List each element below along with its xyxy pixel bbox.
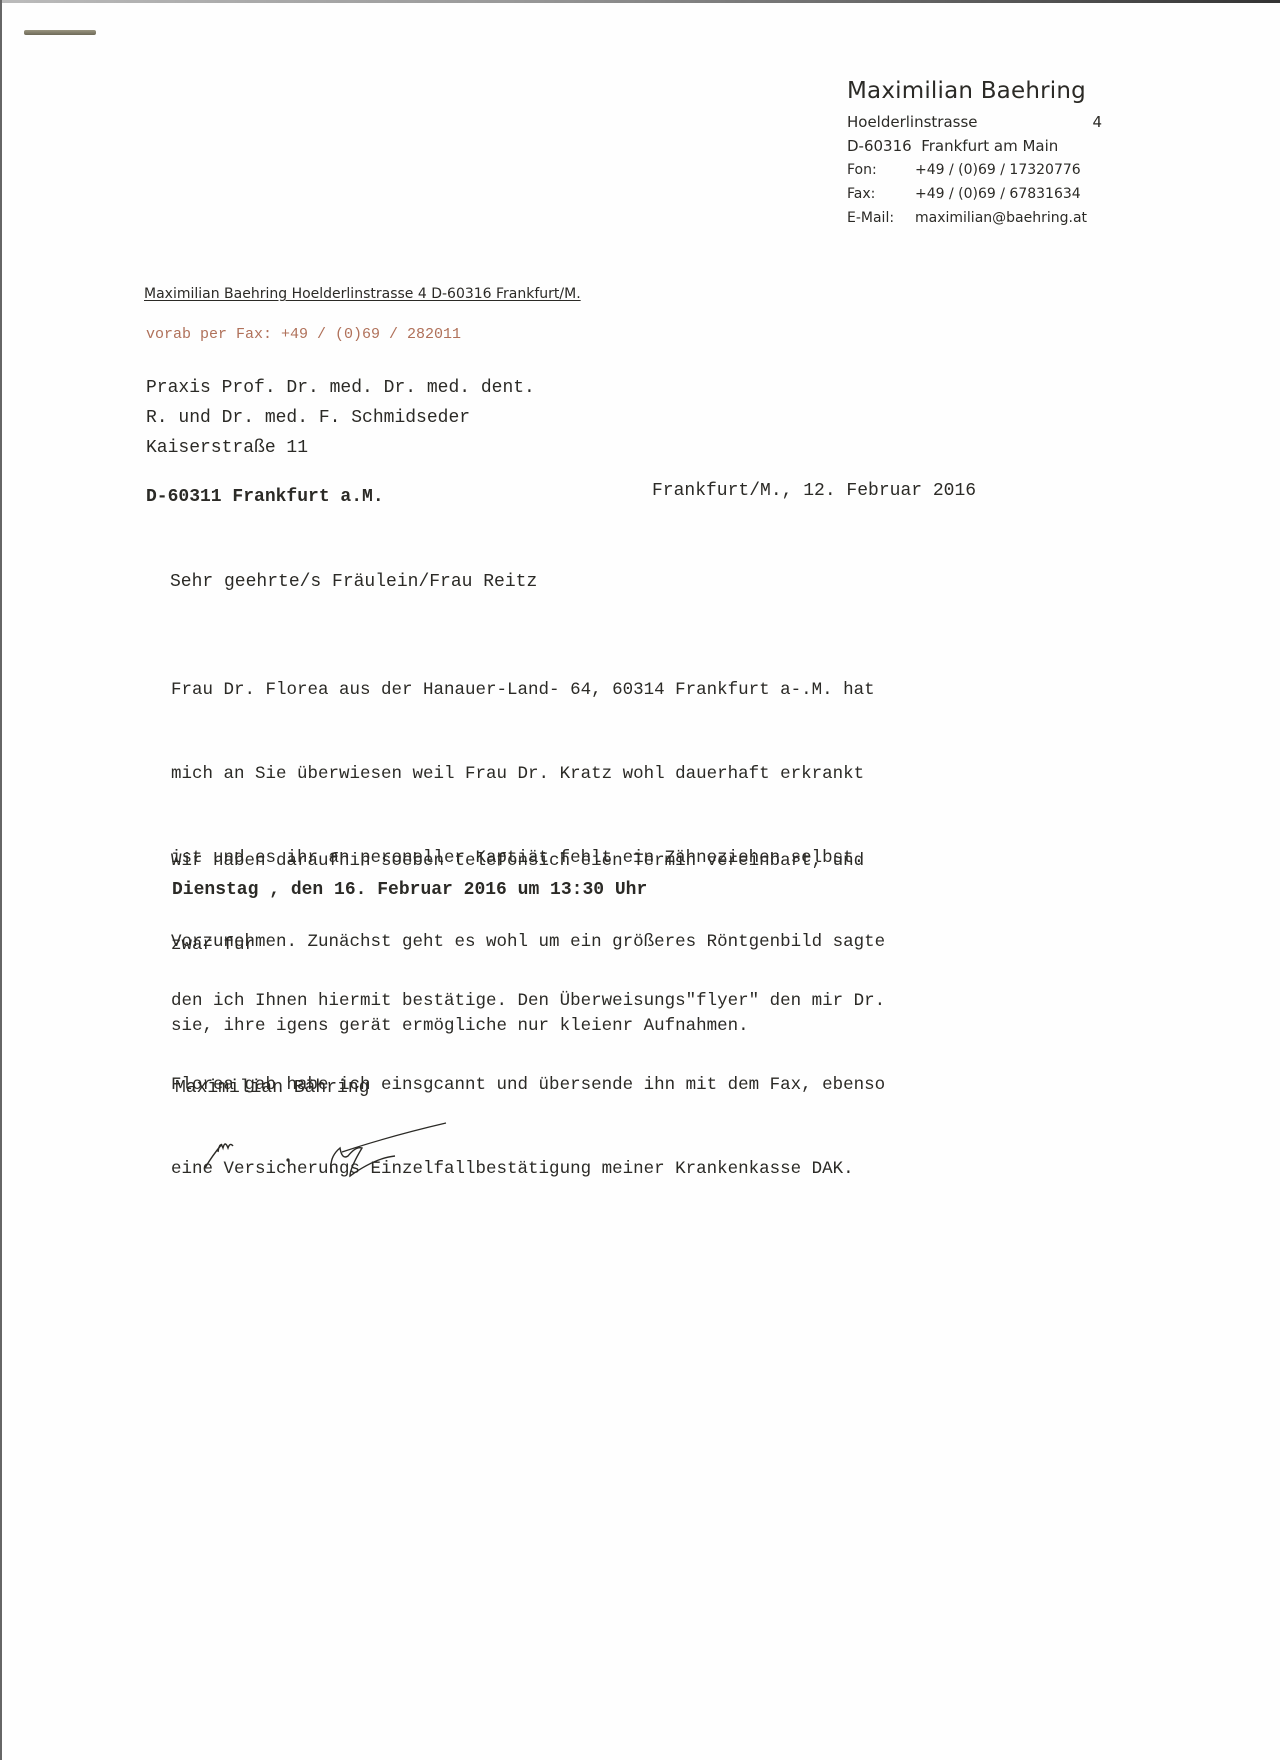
letterhead-name: Maximilian Baehring: [847, 78, 1102, 104]
appointment-date: Dienstag , den 16. Februar 2016 um 13:30…: [172, 880, 647, 900]
phone-number: +49 / (0)69 / 17320776: [915, 162, 1081, 178]
letterhead-fax-row: Fax:+49 / (0)69 / 67831634: [847, 182, 1102, 206]
body-line: den ich Ihnen hiermit bestätige. Den Übe…: [171, 987, 885, 1015]
recipient-line: Praxis Prof. Dr. med. Dr. med. dent.: [146, 373, 535, 403]
phone-label: Fon:: [847, 158, 915, 182]
recipient-address: Praxis Prof. Dr. med. Dr. med. dent. R. …: [146, 373, 535, 463]
staple-mark: [24, 30, 96, 35]
body-line: Frau Dr. Florea aus der Hanauer-Land- 64…: [171, 676, 885, 704]
letterhead-street: Hoelderlinstrasse: [847, 110, 978, 134]
fax-label: Fax:: [847, 182, 915, 206]
scan-left-edge: [0, 0, 2, 1760]
recipient-line: R. und Dr. med. F. Schmidseder: [146, 403, 535, 433]
email-address: maximilian@baehring.at: [915, 210, 1087, 226]
letter-date: Frankfurt/M., 12. Februar 2016: [652, 481, 976, 501]
letterhead-street-row: Hoelderlinstrasse 4: [847, 110, 1102, 134]
body-line: mich an Sie überwiesen weil Frau Dr. Kra…: [171, 760, 885, 788]
letter-page: Maximilian Baehring Hoelderlinstrasse 4 …: [0, 0, 1280, 1760]
fax-number: +49 / (0)69 / 67831634: [915, 186, 1081, 202]
letterhead: Maximilian Baehring Hoelderlinstrasse 4 …: [847, 78, 1102, 230]
closing-name: Maximilian Bähring: [175, 1078, 369, 1098]
salutation: Sehr geehrte/s Fräulein/Frau Reitz: [170, 572, 537, 592]
handwritten-signature: [190, 1118, 460, 1188]
letterhead-city-row: D-60316 Frankfurt am Main: [847, 134, 1102, 158]
recipient-line: Kaiserstraße 11: [146, 433, 535, 463]
body-line: Wir haben daraufhin soeben telefonsich e…: [171, 847, 864, 875]
sender-return-address: Maximilian Baehring Hoelderlinstrasse 4 …: [144, 286, 581, 302]
letterhead-house-number: 4: [1092, 110, 1102, 134]
recipient-city: D-60311 Frankfurt a.M.: [146, 487, 384, 507]
letterhead-phone-row: Fon:+49 / (0)69 / 17320776: [847, 158, 1102, 182]
fax-notice: vorab per Fax: +49 / (0)69 / 282011: [146, 326, 461, 343]
letterhead-city: D-60316 Frankfurt am Main: [847, 134, 1058, 158]
scan-top-edge: [0, 0, 1280, 3]
letterhead-email-row: E-Mail:maximilian@baehring.at: [847, 206, 1102, 230]
email-label: E-Mail:: [847, 206, 915, 230]
